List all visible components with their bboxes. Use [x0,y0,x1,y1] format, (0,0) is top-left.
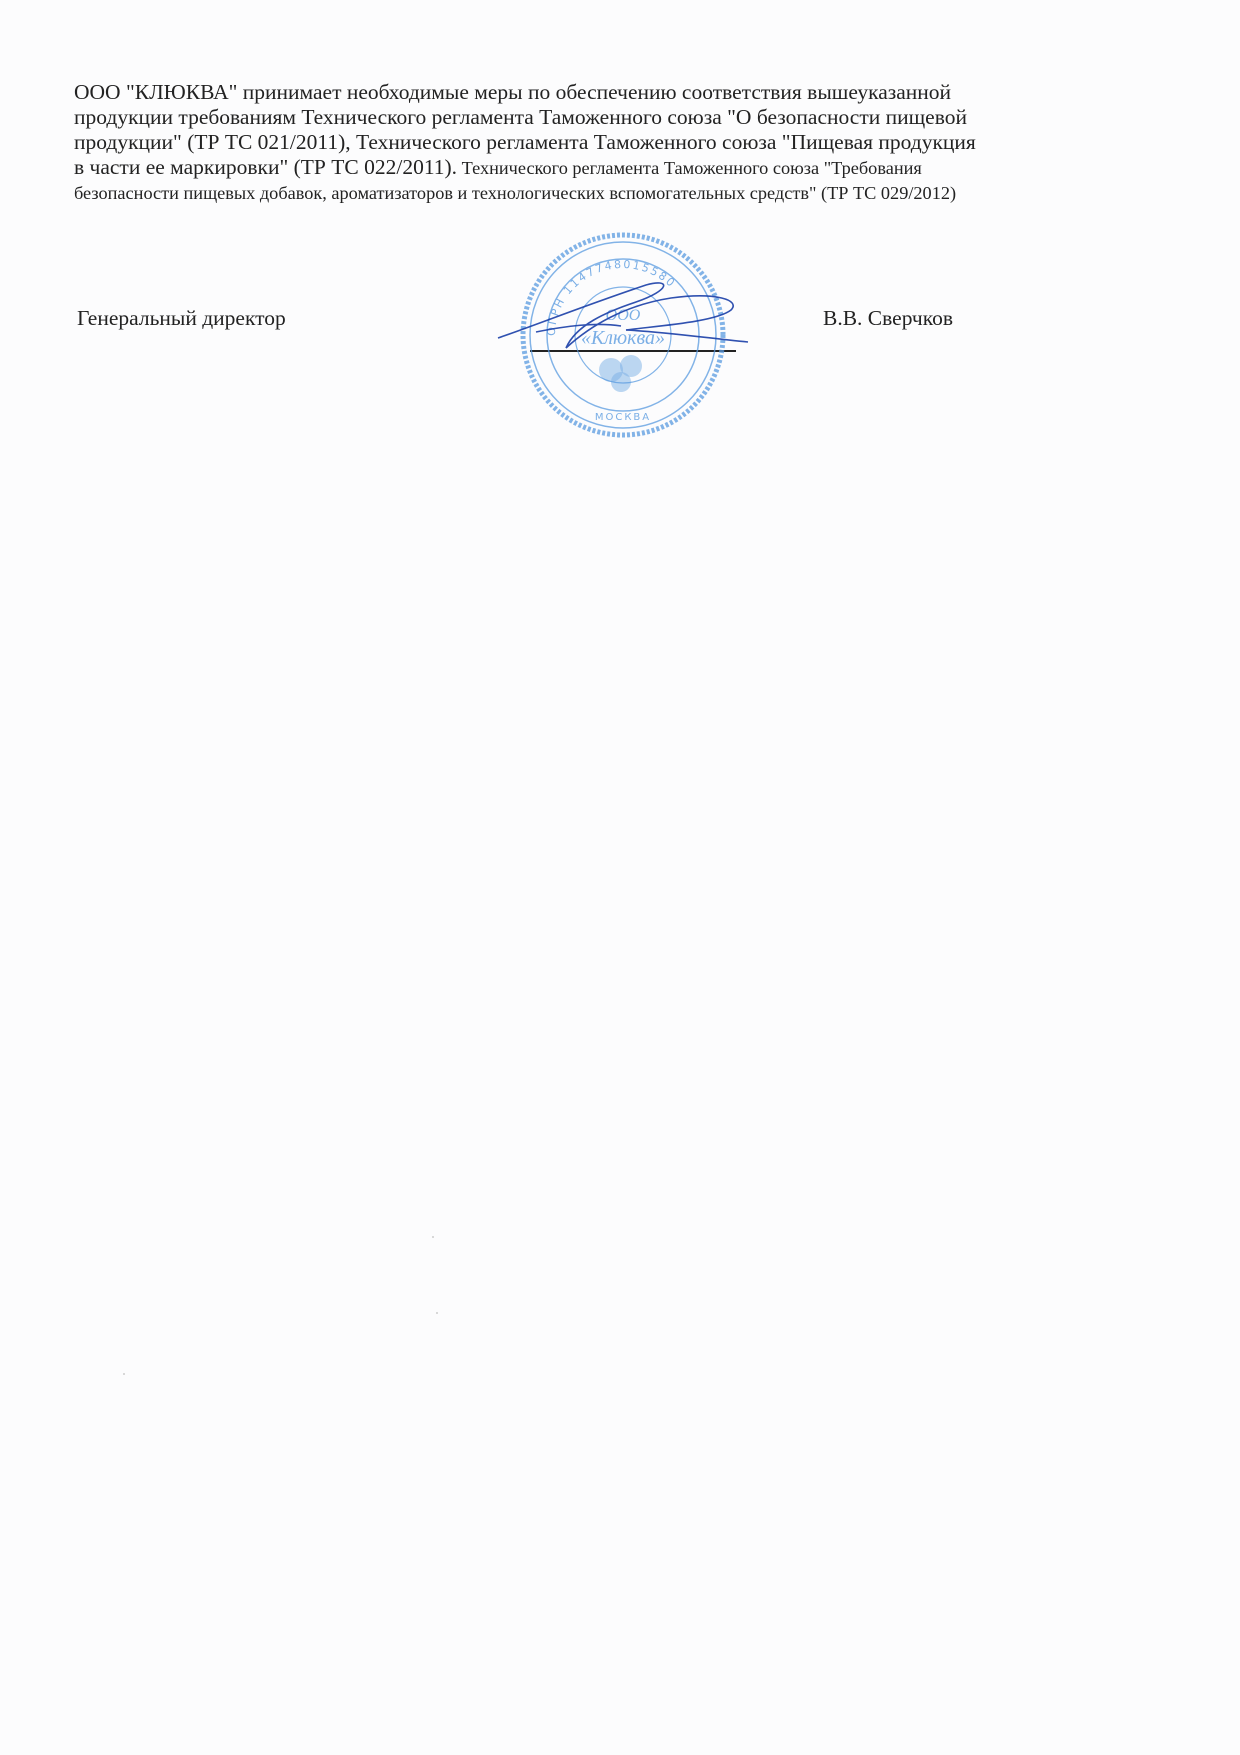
company-seal-icon: ОГРН 1147748015580 ООО «Клюква» МОСКВА [496,230,750,440]
statement-line-5: безопасности пищевых добавок, ароматизат… [74,181,1154,206]
statement-line-4b: Технического регламента Таможенного союз… [457,158,922,178]
scan-speck [123,1373,125,1375]
scan-speck [432,1236,434,1238]
seal-city: МОСКВА [595,412,651,423]
statement-line-2: продукции требованиям Технического регла… [74,105,1154,130]
statement-line-1: ООО "КЛЮКВА" принимает необходимые меры … [74,80,1154,105]
seal-org-type: ООО [606,307,641,324]
signatory-role: Генеральный директор [77,306,286,331]
statement-line-4a: в части ее маркировки" (ТР ТС 022/2011). [74,155,457,179]
seal-org-name: «Клюква» [581,327,665,349]
statement-line-3: продукции" (ТР ТС 021/2011), Техническог… [74,130,1154,155]
compliance-statement: ООО "КЛЮКВА" принимает необходимые меры … [74,80,1154,206]
scan-speck [436,1312,438,1314]
signatory-name: В.В. Сверчков [823,306,953,331]
statement-line-4: в части ее маркировки" (ТР ТС 022/2011).… [74,155,1154,181]
